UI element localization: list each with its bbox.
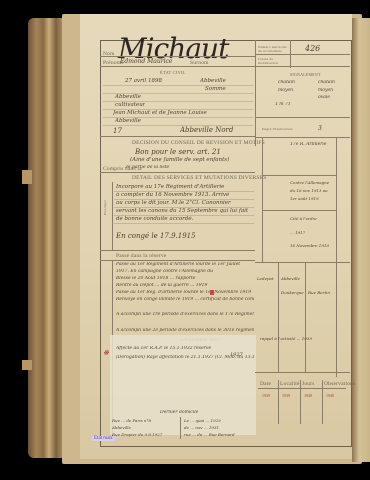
blessure-line: ... 1917	[290, 230, 305, 235]
recap-note: rappel à l'activité ... 1939	[260, 336, 345, 341]
forehead: moyen	[278, 88, 293, 93]
face: ovale	[318, 95, 330, 100]
mutation-line: 1917. En campagne contre l'Allemagne du	[116, 269, 254, 274]
table-red-value: 1939	[262, 393, 270, 398]
slip-title: Dernier domicile	[160, 410, 198, 415]
nose: moyen	[318, 88, 333, 93]
table-red-value: 1939	[282, 393, 290, 398]
birth-place: Abbeville	[200, 78, 226, 84]
decision-note: (Aîné d'une famille de sept enfants)	[130, 157, 229, 163]
corps: 17e R. Artillerie	[290, 142, 327, 147]
campagne-line: 1er août 1919	[290, 196, 319, 201]
parents: Jean Michaut et de Jeanne Louise	[113, 110, 253, 116]
mutation-line: Rentré au Dépôt ... de la guerre ... 191…	[116, 283, 254, 288]
mutation-line: Passé au 1er Régiment d'Artillerie lourd…	[116, 262, 254, 267]
decision-title: DÉCISION DU CONSEIL DE RÉVISION ET MOTIF…	[132, 140, 265, 146]
blessure-line: Cité à l'ordre	[290, 216, 317, 221]
torn-page-edge	[22, 170, 32, 184]
passe-label: Passé dans la réserve	[116, 253, 166, 259]
localite-lieu: Rue Bertin	[308, 290, 330, 295]
slip-left-line: Abbeville	[112, 425, 178, 430]
localite-date: Ledepot	[257, 276, 274, 281]
parents-domicile: Abbeville	[115, 118, 141, 124]
compris-value: 3e partie de la liste	[125, 165, 169, 170]
decision-text: Bon pour le serv. art. 21	[135, 148, 221, 156]
mutation-line: Renvoyé en congé illimité le 1919 ... ce…	[116, 297, 254, 302]
profession: cultivateur	[115, 102, 145, 108]
table-header: Observations	[324, 381, 355, 387]
purple-archive-stamp: Etat matr.	[92, 436, 115, 441]
matricule-number: 426	[305, 44, 320, 53]
blessure-line: 16 Novembre 1919	[290, 243, 329, 248]
matricule-label: Numéro matricule du recrutement	[258, 45, 288, 53]
slip-left-line: Rue Drapier du 9.8.1927	[112, 432, 178, 437]
service-line: Incorporé au 17e Régiment d'Artillerie	[116, 184, 254, 190]
signalement-title: SIGNALEMENT	[290, 72, 321, 77]
table-header: Date	[260, 381, 271, 387]
instruction-degree: 3	[318, 125, 322, 132]
slip-left-line: Rue ... de Paris n°8	[112, 418, 178, 423]
mutation-line: Blessé le 20 Août 1918 ... rapporté	[116, 276, 254, 281]
residence: Abbeville	[115, 94, 141, 100]
service-line: de bonne conduite accordé.	[116, 216, 254, 222]
red-ink-mark	[210, 290, 214, 295]
affectation-2: A accompli une 2e période d'exercices da…	[116, 328, 254, 333]
red-stamp: ❋	[103, 349, 109, 357]
slip-right-line: Le ... quai ... 1929	[184, 418, 254, 423]
facing-page-edge	[352, 18, 370, 462]
height: 1 m 71	[275, 102, 291, 107]
campagne-line: Contre l'Allemagne	[290, 180, 329, 185]
etat-civil-title: ÉTAT CIVIL	[160, 70, 186, 75]
table-red-value: 1940	[326, 393, 334, 398]
affectation-1: A accompli une 1re période d'exercices d…	[116, 312, 254, 317]
margin-label: Etat-major	[103, 200, 107, 215]
campagne-line: du 16 nov 1913 au	[290, 188, 328, 193]
service-line: servant les canons du 15 Septembre qui l…	[116, 208, 254, 214]
mutation-line: Passé au 1er Rég. d'artillerie lourde le…	[116, 290, 254, 295]
table-red-value: 1940	[304, 393, 312, 398]
tirage-canton: Abbeville Nord	[180, 126, 233, 134]
service-line: au corps le dit jour. M.le 2°Cl. Canonni…	[116, 200, 254, 206]
localite-lieu: Abbeville	[281, 276, 300, 281]
table-header: Jours	[302, 381, 315, 387]
instruction-label: Degré d'instruction	[262, 127, 293, 131]
slip-right-line: de ... nov ... 1931	[184, 425, 254, 430]
year-note: 1927	[230, 352, 243, 358]
eyes: châtain	[318, 80, 335, 85]
recap-table: Date Localité Jours Observations 1939 19…	[258, 380, 346, 424]
birth-date: 27 avril 1898	[125, 78, 162, 84]
service-line: à compter du 16 Novembre 1913. Arrivé	[116, 192, 254, 198]
prenoms: Edmond Maurice	[120, 58, 172, 65]
departement: Somme	[205, 86, 226, 92]
localite-date: Dunkerque	[281, 290, 304, 295]
hair: châtain	[278, 80, 295, 85]
red-annotation: Affecté au 1er R.A.P. le 15.1.1932 réser…	[116, 346, 254, 351]
nom-label: Nom	[103, 51, 115, 57]
table-header: Localité	[280, 381, 300, 387]
torn-page-edge	[22, 360, 32, 370]
service-stamp-line: En congé le 17.9.1915	[116, 232, 254, 240]
classe-label: Classe de mobilisation	[258, 57, 288, 65]
services-title: DÉTAIL DES SERVICES ET MUTATIONS DIVERSE…	[132, 175, 266, 181]
slip-right-line: rue ... du ... Rue Bernard	[184, 432, 254, 437]
tirage-number: 17	[113, 127, 122, 135]
